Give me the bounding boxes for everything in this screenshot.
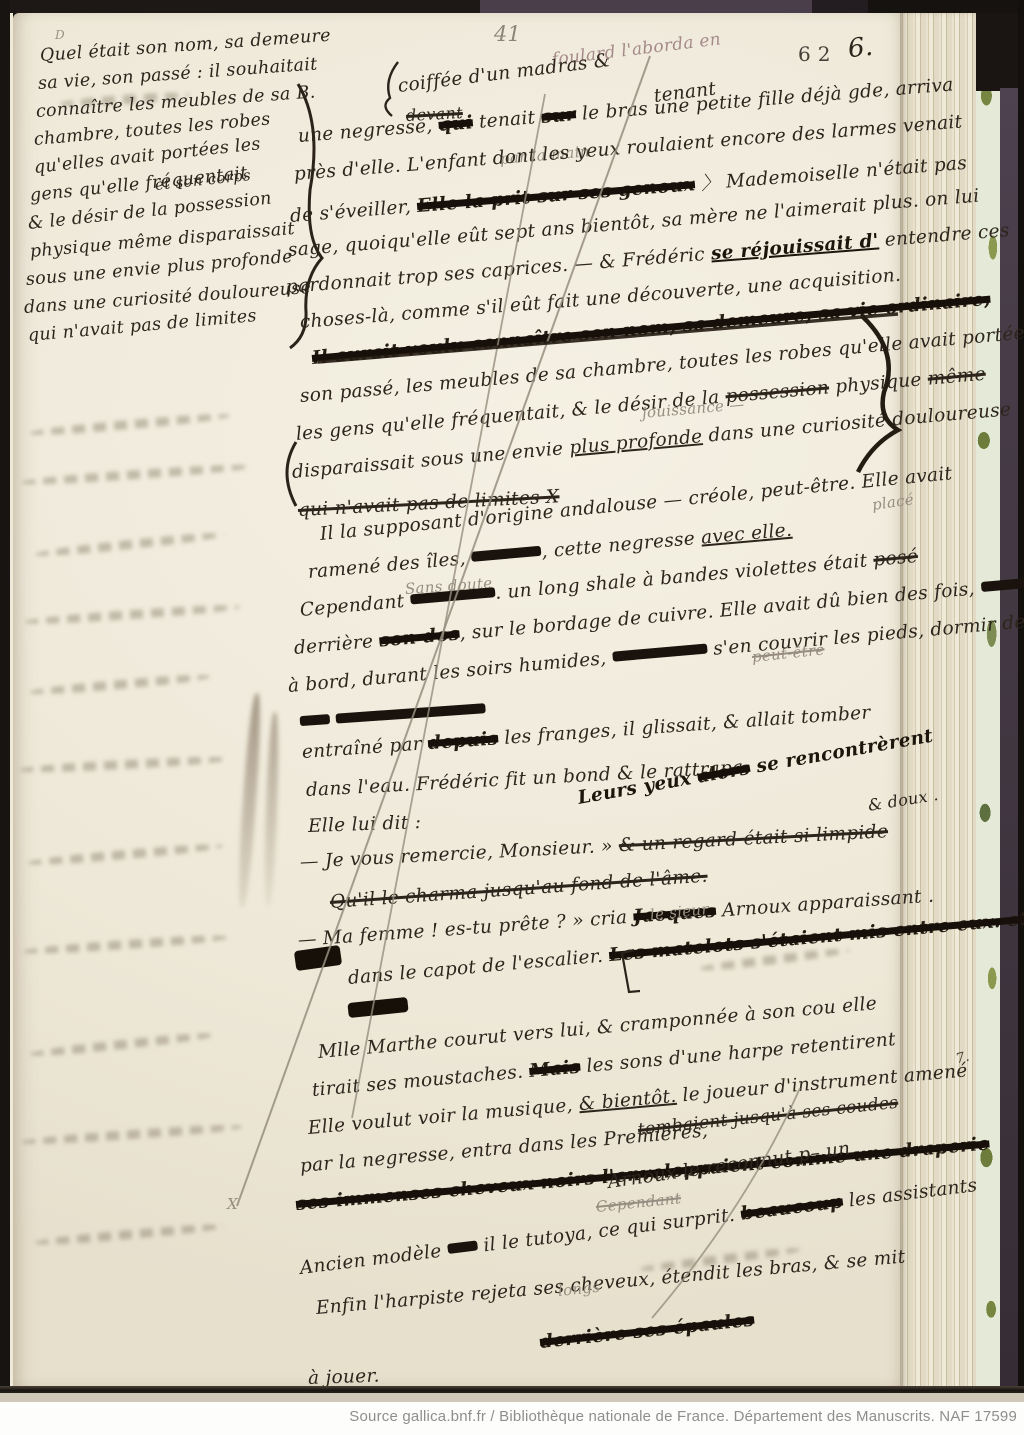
scan-shadow-strip	[0, 1393, 1024, 1402]
book-cover-left-edge	[0, 0, 10, 1392]
ms-line: Elle lui dit :	[308, 812, 422, 837]
ink-blot	[980, 578, 1024, 592]
book-cover-top-edge	[0, 0, 1024, 13]
marbled-endpaper-strip	[976, 13, 1002, 1392]
ink-blot	[471, 546, 542, 562]
printed-folio-number: 62	[798, 42, 837, 66]
book-bottom-edge	[0, 1386, 1024, 1393]
ink-blot	[300, 714, 331, 726]
ink-blot	[612, 644, 707, 662]
cover-corner	[976, 13, 1024, 91]
cover-purple-edge	[1000, 88, 1019, 1392]
attribution-bar: Source gallica.bnf.fr / Bibliothèque nat…	[0, 1402, 1024, 1435]
handwritten-folio-number: 6.	[847, 32, 875, 64]
cover-right-edge	[1018, 0, 1024, 1402]
ink-blot	[447, 1241, 478, 1254]
margin-letter-mark: D	[55, 28, 65, 42]
pencil-x-mark: X	[227, 1195, 238, 1213]
pencil-folio-number: 41	[494, 22, 521, 46]
gallica-scan-view: 62 6. 41 D 7. X Quel était son nom, sa d…	[0, 0, 1024, 1435]
attribution-text: Source gallica.bnf.fr / Bibliothèque nat…	[349, 1408, 1017, 1425]
ink-blot	[410, 587, 496, 604]
